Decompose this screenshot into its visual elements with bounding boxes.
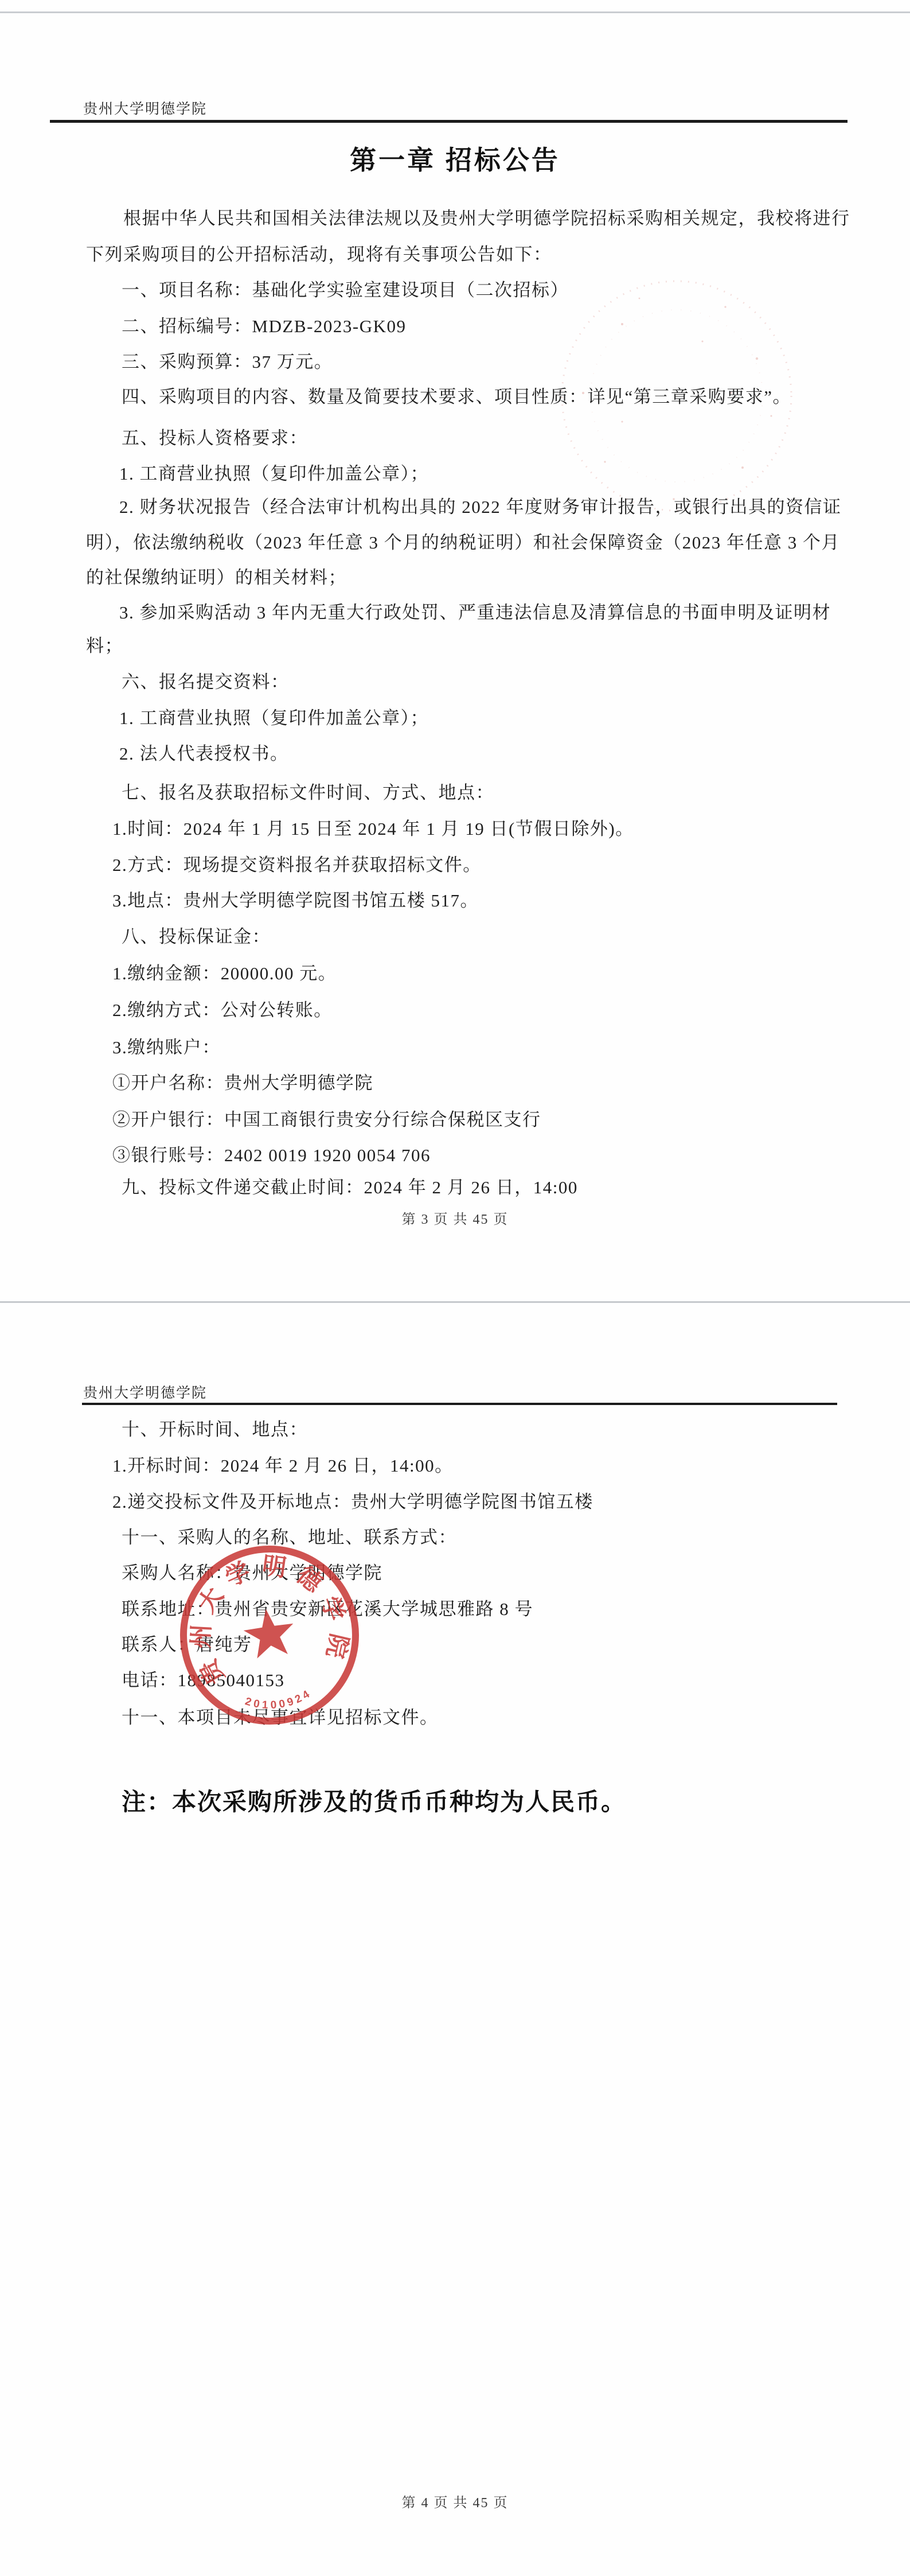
doc-line: 3.地点：贵州大学明德学院图书馆五楼 517。 xyxy=(112,886,479,912)
doc-line: 2. 财务状况报告（经合法审计机构出具的 2022 年度财务审计报告，或银行出具… xyxy=(119,492,842,518)
doc-line: 1. 工商营业执照（复印件加盖公章）； xyxy=(119,703,429,729)
header-rule xyxy=(50,120,847,123)
doc-line: 1. 工商营业执照（复印件加盖公章）； xyxy=(119,459,429,485)
doc-line: 料； xyxy=(86,631,123,657)
page-header: 贵州大学明德学院 xyxy=(83,98,207,118)
official-seal: 贵州大学明德学院 5201009243 xyxy=(177,1542,362,1728)
page-number: 第 4 页 共 45 页 xyxy=(0,2491,910,2511)
doc-line: 1.时间：2024 年 1 月 15 日至 2024 年 1 月 19 日(节假… xyxy=(112,814,634,840)
doc-line: 2.方式：现场提交资料报名并获取招标文件。 xyxy=(112,850,482,876)
doc-line: 明），依法缴纳税收（2023 年任意 3 个月的纳税证明）和社会保障资金（202… xyxy=(86,528,840,554)
header-rule xyxy=(82,1403,837,1405)
doc-line: 1.开标时间：2024 年 2 月 26 日，14:00。 xyxy=(112,1451,454,1477)
doc-line: ②开户银行：中国工商银行贵安分行综合保税区支行 xyxy=(112,1105,541,1131)
doc-line: 一、项目名称：基础化学实验室建设项目（二次招标） xyxy=(122,275,569,301)
currency-note: 注：本次采购所涉及的货币币种均为人民币。 xyxy=(122,1783,626,1818)
scan-edge-line xyxy=(0,11,910,13)
doc-line: 四、采购项目的内容、数量及简要技术要求、项目性质：详见“第三章采购要求”。 xyxy=(122,382,791,408)
doc-line: ①开户名称：贵州大学明德学院 xyxy=(112,1068,373,1094)
doc-line: 二、招标编号：MDZB-2023-GK09 xyxy=(122,312,406,337)
doc-line: 下列采购项目的公开招标活动，现将有关事项公告如下： xyxy=(86,240,552,266)
doc-line: 的社保缴纳证明）的相关材料； xyxy=(86,563,347,589)
doc-line: 九、投标文件递交截止时间：2024 年 2 月 26 日，14:00 xyxy=(122,1173,578,1198)
page-title: 第一章 招标公告 xyxy=(0,139,910,177)
doc-line: 2.递交投标文件及开标地点：贵州大学明德学院图书馆五楼 xyxy=(112,1487,593,1513)
doc-line: 3.缴纳账户： xyxy=(112,1033,221,1059)
doc-line: 根据中华人民共和国相关法律法规以及贵州大学明德学院招标采购相关规定，我校将进行 xyxy=(123,204,850,229)
page-separator xyxy=(0,1301,910,1303)
doc-line: 三、采购预算：37 万元。 xyxy=(122,347,333,373)
doc-line: 八、投标保证金： xyxy=(122,922,271,948)
doc-line: 1.缴纳金额：20000.00 元。 xyxy=(112,959,337,985)
doc-line: ③银行账号：2402 0019 1920 0054 706 xyxy=(112,1141,431,1166)
doc-line: 2.缴纳方式：公对公转账。 xyxy=(112,995,333,1021)
doc-line: 七、报名及获取招标文件时间、方式、地点： xyxy=(122,778,494,804)
doc-line: 3. 参加采购活动 3 年内无重大行政处罚、严重违法信息及清算信息的书面申明及证… xyxy=(119,598,831,624)
star-icon xyxy=(241,1605,297,1660)
doc-line: 2. 法人代表授权书。 xyxy=(119,739,289,765)
doc-line: 十、开标时间、地点： xyxy=(122,1415,308,1441)
doc-line: 六、报名提交资料： xyxy=(122,667,290,693)
doc-line: 五、投标人资格要求： xyxy=(122,423,308,449)
page-header: 贵州大学明德学院 xyxy=(83,1382,207,1402)
document-scan: 贵州大学明德学院 第一章 招标公告 根据中华人民共和国相关法律法规以及贵州大学明… xyxy=(0,0,910,2576)
page-number: 第 3 页 共 45 页 xyxy=(0,1208,910,1228)
